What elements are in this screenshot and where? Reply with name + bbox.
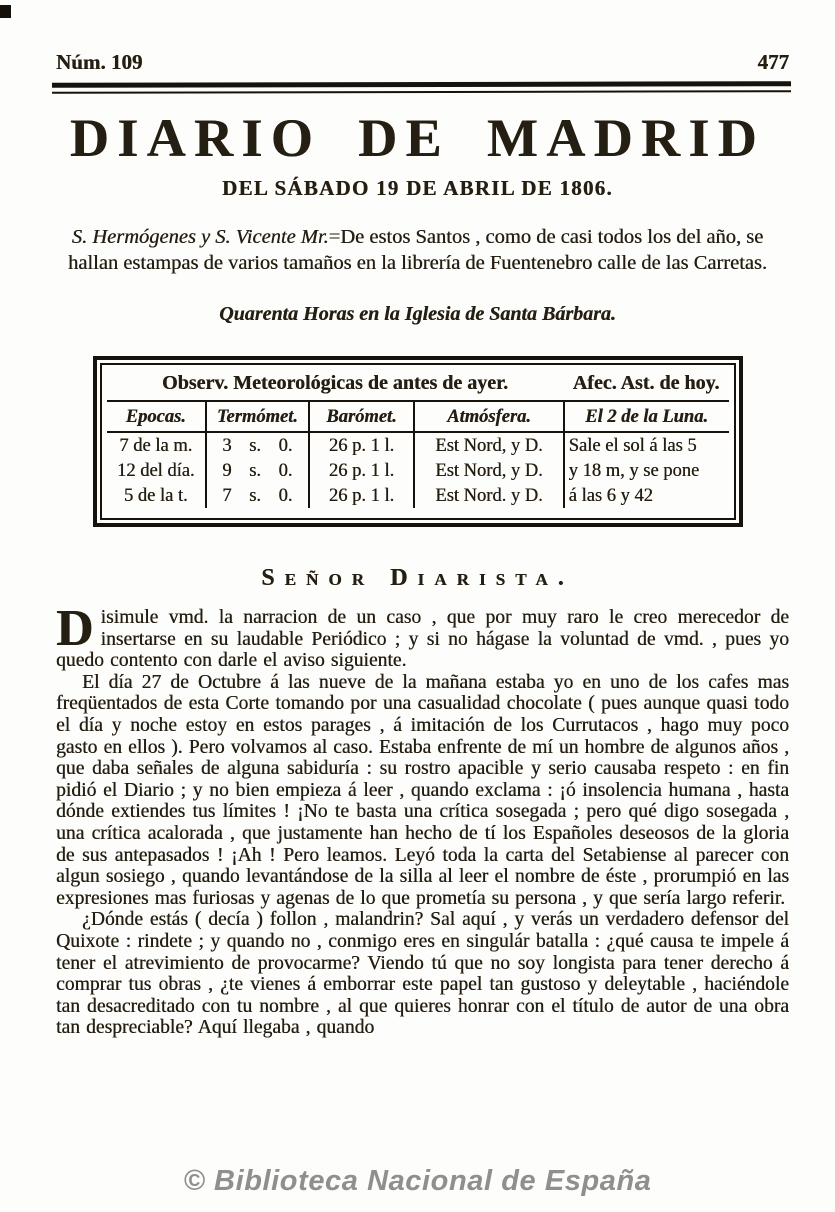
table-row: 7 de la m. 3 s. 0. 26 p. 1 l. Est Nord, … [107, 432, 729, 458]
observations-table-frame: Observ. Meteorológicas de antes de ayer.… [93, 356, 743, 527]
letter-paragraph-1: Disimule vmd. la narracion de un caso , … [56, 607, 789, 672]
table-column-header-row: Epocas. Termómet. Barómet. Atmósfera. El… [107, 401, 729, 432]
cell-luna: á las 6 y 42 [564, 483, 729, 508]
cell-epoca: 12 del día. [107, 458, 207, 483]
dropcap-letter: D [56, 607, 101, 649]
cell-luna: Sale el sol á las 5 [564, 432, 729, 458]
table-title-row: Observ. Meteorológicas de antes de ayer.… [107, 371, 729, 401]
letter-paragraph-3: ¿Dónde estás ( decía ) follon , malandri… [56, 909, 789, 1039]
letter-paragraph-1-text: isimule vmd. la narracion de un caso , q… [56, 607, 789, 671]
masthead-dateline: DEL SÁBADO 19 DE ABRIL DE 1806. [0, 176, 835, 201]
issue-number: Núm. 109 [56, 50, 142, 75]
observations-table: Observ. Meteorológicas de antes de ayer.… [107, 371, 729, 508]
letter-heading: Señor Diarista. [0, 565, 835, 592]
table-row: 5 de la t. 7 s. 0. 26 p. 1 l. Est Nord. … [107, 483, 729, 508]
col-header-epocas: Epocas. [107, 401, 207, 432]
scan-edge-mark [0, 5, 11, 18]
col-header-termomet: Termómet. [206, 401, 309, 432]
cell-atmosfera: Est Nord, y D. [414, 432, 563, 458]
cell-barometro: 26 p. 1 l. [309, 483, 415, 508]
cell-atmosfera: Est Nord. y D. [414, 483, 563, 508]
table-title-right: Afec. Ast. de hoy. [564, 371, 729, 401]
page-header: Núm. 109 477 [56, 50, 789, 75]
saints-notice: S. Hermógenes y S. Vicente Mr.=De estos … [56, 225, 780, 276]
header-rule [52, 81, 791, 94]
letter-paragraph-2: El día 27 de Octubre á las nueve de la m… [56, 672, 789, 910]
table-title-left: Observ. Meteorológicas de antes de ayer. [107, 371, 564, 401]
cell-luna: y 18 m, y se pone [564, 458, 729, 483]
table-row: 12 del día. 9 s. 0. 26 p. 1 l. Est Nord,… [107, 458, 729, 483]
cell-barometro: 26 p. 1 l. [309, 458, 415, 483]
cell-epoca: 5 de la t. [107, 483, 207, 508]
masthead-title: DIARIO DE MADRID [0, 107, 835, 169]
col-header-baromet: Barómet. [309, 401, 415, 432]
observations-table-inner-border: Observ. Meteorológicas de antes de ayer.… [100, 363, 736, 520]
col-header-atmosfera: Atmósfera. [414, 401, 563, 432]
page-number: 477 [758, 50, 790, 75]
col-header-luna: El 2 de la Luna. [564, 401, 729, 432]
cuarenta-horas-line: Quarenta Horas en la Iglesia de Santa Bá… [0, 303, 835, 326]
cell-atmosfera: Est Nord, y D. [414, 458, 563, 483]
cell-termometro: 9 s. 0. [206, 458, 309, 483]
saints-notice-lead: S. Hermógenes y S. Vicente Mr. [72, 226, 329, 248]
cell-barometro: 26 p. 1 l. [309, 432, 415, 458]
cell-epoca: 7 de la m. [107, 432, 207, 458]
library-watermark: © Biblioteca Nacional de España [0, 1165, 835, 1198]
cell-termometro: 3 s. 0. [206, 432, 309, 458]
cell-termometro: 7 s. 0. [206, 483, 309, 508]
newspaper-scan-page: Núm. 109 477 DIARIO DE MADRID DEL SÁBADO… [0, 0, 835, 1212]
